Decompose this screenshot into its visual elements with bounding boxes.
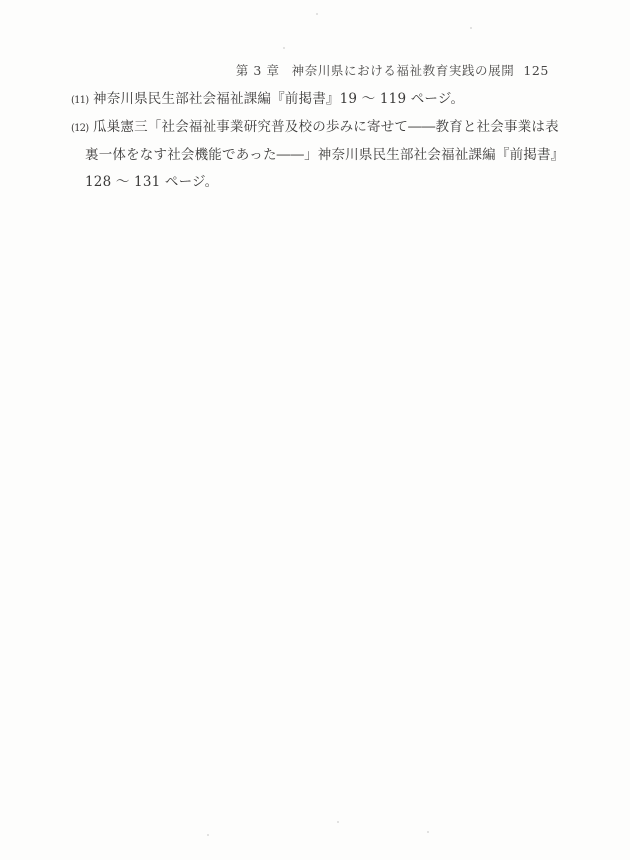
footnote-marker: (12): [71, 115, 88, 142]
footnote-line: (11)神奈川県民生部社会福祉課編『前掲書』19 ～ 119 ページ。: [71, 86, 561, 114]
scanned-book-page: 第 3 章神奈川県における福祉教育実践の展開125 (11)神奈川県民生部社会福…: [0, 0, 630, 860]
running-header: 第 3 章神奈川県における福祉教育実践の展開125: [236, 61, 549, 79]
scan-speck: [207, 834, 209, 836]
footnotes-block: (11)神奈川県民生部社会福祉課編『前掲書』19 ～ 119 ページ。 (12)…: [71, 86, 561, 196]
footnote-line: 128 ～ 131 ページ。: [71, 169, 561, 196]
footnote-line: (12)瓜巣憲三「社会福祉事業研究普及校の歩みに寄せて――教育と社会事業は表: [71, 114, 561, 142]
scan-speck: [283, 47, 285, 49]
footnote-11: (11)神奈川県民生部社会福祉課編『前掲書』19 ～ 119 ページ。: [71, 86, 561, 114]
scan-speck: [470, 27, 472, 29]
chapter-label: 第 3 章: [236, 63, 280, 78]
footnote-marker: (11): [71, 87, 88, 114]
scan-speck: [316, 13, 318, 15]
footnote-text: 神奈川県民生部社会福祉課編『前掲書』19 ～ 119 ページ。: [93, 91, 464, 107]
footnote-line: 裏一体をなす社会機能であった――」神奈川県民生部社会福祉課編『前掲書』: [71, 142, 561, 169]
chapter-title: 神奈川県における福祉教育実践の展開: [292, 63, 515, 78]
page-number: 125: [523, 63, 549, 78]
footnote-text: 瓜巣憲三「社会福祉事業研究普及校の歩みに寄せて――教育と社会事業は表: [93, 119, 559, 135]
footnote-12: (12)瓜巣憲三「社会福祉事業研究普及校の歩みに寄せて――教育と社会事業は表 裏…: [71, 114, 561, 196]
scan-speck: [337, 821, 339, 823]
scan-speck: [427, 831, 429, 833]
